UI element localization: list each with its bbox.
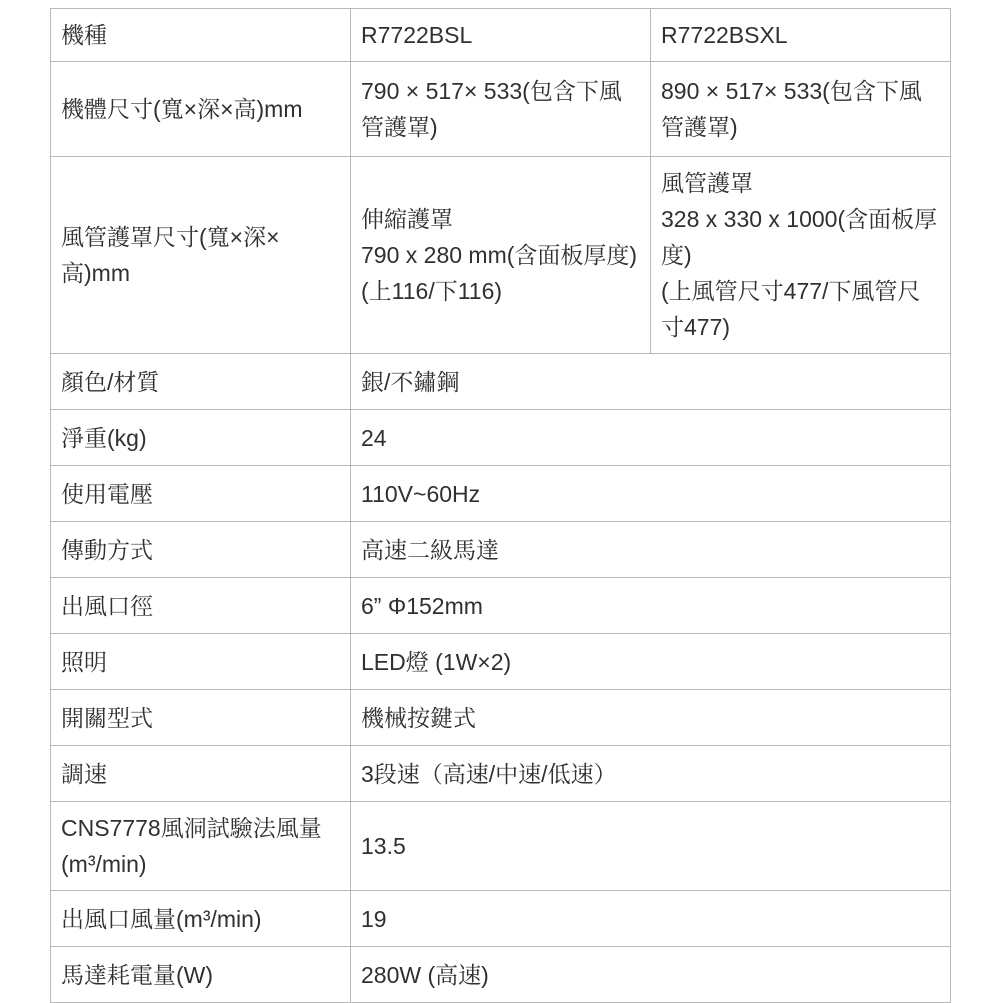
spec-label-motor-power: 馬達耗電量(W): [51, 947, 351, 1001]
spec-value-motor-power: 280W (高速): [351, 947, 951, 1001]
duct-cover-bsl: 伸縮護罩 790 x 280 mm(含面板厚度) (上116/下116): [351, 157, 651, 354]
table-row-drive-type: 傳動方式 高速二級馬達: [51, 522, 951, 578]
duct-cover-bsxl-line3: (上風管尺寸477/下風管尺寸477): [661, 273, 938, 345]
body-size-bsl: 790 × 517× 533(包含下風管護罩): [351, 62, 651, 157]
spec-label-outlet-airflow: 出風口風量(m³/min): [51, 891, 351, 947]
spec-value-voltage: 110V~60Hz: [351, 466, 951, 522]
table-row-color-material: 顏色/材質 銀/不鏽鋼: [51, 354, 951, 410]
spec-label-model: 機種: [51, 9, 351, 62]
spec-sheet: 機種 R7722BSL R7722BSXL 機體尺寸(寬×深×高)mm 790 …: [50, 8, 950, 1000]
duct-cover-bsl-line1: 伸縮護罩: [361, 201, 638, 237]
table-row-motor-power: 馬達耗電量(W) 280W (高速): [51, 947, 951, 1001]
duct-cover-bsxl-line2: 328 x 330 x 1000(含面板厚度): [661, 201, 938, 273]
spec-label-color-material: 顏色/材質: [51, 354, 351, 410]
table-row-switch-type: 開關型式 機械按鍵式: [51, 690, 951, 746]
spec-value-net-weight: 24: [351, 410, 951, 466]
table-row-speed-control: 調速 3段速（高速/中速/低速）: [51, 746, 951, 802]
spec-label-body-size: 機體尺寸(寬×深×高)mm: [51, 62, 351, 157]
spec-table: 機種 R7722BSL R7722BSXL 機體尺寸(寬×深×高)mm 790 …: [50, 8, 951, 1000]
spec-value-color-material: 銀/不鏽鋼: [351, 354, 951, 410]
spec-label-lighting: 照明: [51, 634, 351, 690]
duct-cover-bsl-line2: 790 x 280 mm(含面板厚度): [361, 237, 638, 273]
spec-value-outlet-airflow: 19: [351, 891, 951, 947]
spec-value-switch-type: 機械按鍵式: [351, 690, 951, 746]
table-row-cns-airflow: CNS7778風洞試驗法風量(m³/min) 13.5: [51, 802, 951, 891]
table-row-duct-cover: 風管護罩尺寸(寬×深×高)mm 伸縮護罩 790 x 280 mm(含面板厚度)…: [51, 157, 951, 354]
spec-label-switch-type: 開關型式: [51, 690, 351, 746]
spec-value-drive-type: 高速二級馬達: [351, 522, 951, 578]
spec-label-drive-type: 傳動方式: [51, 522, 351, 578]
spec-label-net-weight: 淨重(kg): [51, 410, 351, 466]
table-row-model: 機種 R7722BSL R7722BSXL: [51, 9, 951, 62]
spec-label-cns-airflow: CNS7778風洞試驗法風量(m³/min): [51, 802, 351, 891]
table-row-outlet-diameter: 出風口徑 6” Φ152mm: [51, 578, 951, 634]
duct-cover-bsl-line3: (上116/下116): [361, 273, 638, 309]
body-size-bsxl: 890 × 517× 533(包含下風管護罩): [651, 62, 951, 157]
spec-label-voltage: 使用電壓: [51, 466, 351, 522]
spec-label-duct-cover: 風管護罩尺寸(寬×深×高)mm: [51, 157, 351, 354]
duct-cover-bsxl: 風管護罩 328 x 330 x 1000(含面板厚度) (上風管尺寸477/下…: [651, 157, 951, 354]
table-row-net-weight: 淨重(kg) 24: [51, 410, 951, 466]
spec-value-speed-control: 3段速（高速/中速/低速）: [351, 746, 951, 802]
table-row-body-size: 機體尺寸(寬×深×高)mm 790 × 517× 533(包含下風管護罩) 89…: [51, 62, 951, 157]
duct-cover-bsxl-line1: 風管護罩: [661, 165, 938, 201]
spec-value-lighting: LED燈 (1W×2): [351, 634, 951, 690]
spec-label-outlet-diameter: 出風口徑: [51, 578, 351, 634]
spec-label-speed-control: 調速: [51, 746, 351, 802]
spec-value-cns-airflow: 13.5: [351, 802, 951, 891]
table-row-lighting: 照明 LED燈 (1W×2): [51, 634, 951, 690]
model-name-bsxl: R7722BSXL: [651, 9, 951, 62]
table-row-voltage: 使用電壓 110V~60Hz: [51, 466, 951, 522]
model-name-bsl: R7722BSL: [351, 9, 651, 62]
table-row-outlet-airflow: 出風口風量(m³/min) 19: [51, 891, 951, 947]
spec-value-outlet-diameter: 6” Φ152mm: [351, 578, 951, 634]
